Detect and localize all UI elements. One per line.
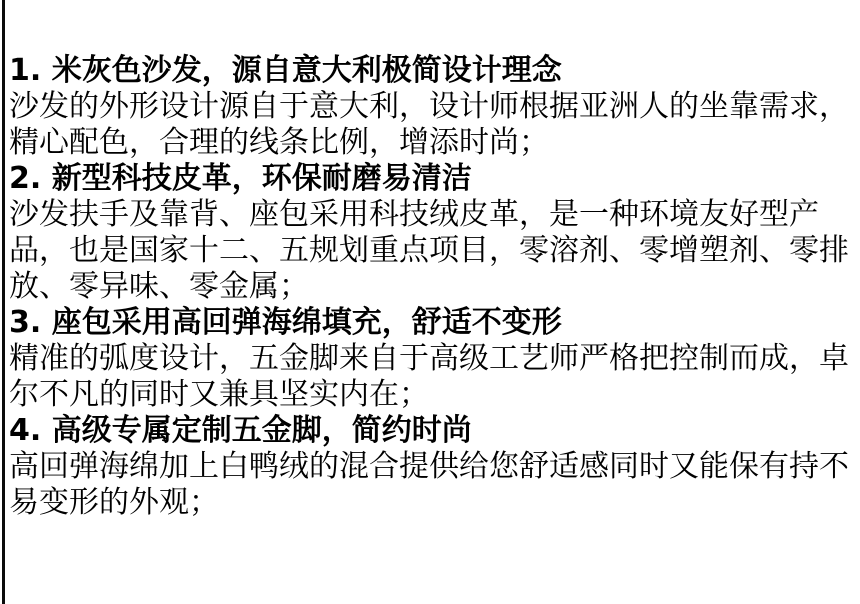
feature-heading: 1. 米灰色沙发，源自意大利极简设计理念: [9, 53, 857, 89]
feature-heading: 3. 座包采用高回弹海绵填充，舒适不变形: [9, 305, 857, 341]
left-border-line: [2, 0, 5, 604]
feature-section: 2. 新型科技皮革，环保耐磨易清洁 沙发扶手及靠背、座包采用科技绒皮革，是一种环…: [9, 161, 857, 305]
product-description-page: { "page": { "background_color": "#ffffff…: [0, 0, 860, 604]
feature-section: 3. 座包采用高回弹海绵填充，舒适不变形 精准的弧度设计，五金脚来自于高级工艺师…: [9, 305, 857, 413]
feature-body: 高回弹海绵加上白鸭绒的混合提供给您舒适感同时又能保有持不 易变形的外观；: [9, 449, 857, 521]
feature-body: 精准的弧度设计，五金脚来自于高级工艺师严格把控制而成，卓 尔不凡的同时又兼具坚实…: [9, 341, 857, 413]
feature-heading: 4. 高级专属定制五金脚，简约时尚: [9, 413, 857, 449]
feature-section: 1. 米灰色沙发，源自意大利极简设计理念 沙发的外形设计源自于意大利，设计师根据…: [9, 53, 857, 161]
feature-body: 沙发扶手及靠背、座包采用科技绒皮革，是一种环境友好型产 品，也是国家十二、五规划…: [9, 197, 857, 305]
feature-section: 4. 高级专属定制五金脚，简约时尚 高回弹海绵加上白鸭绒的混合提供给您舒适感同时…: [9, 413, 857, 521]
feature-body: 沙发的外形设计源自于意大利，设计师根据亚洲人的坐靠需求， 精心配色，合理的线条比…: [9, 89, 857, 161]
feature-heading: 2. 新型科技皮革，环保耐磨易清洁: [9, 161, 857, 197]
feature-list: 1. 米灰色沙发，源自意大利极简设计理念 沙发的外形设计源自于意大利，设计师根据…: [9, 53, 857, 521]
